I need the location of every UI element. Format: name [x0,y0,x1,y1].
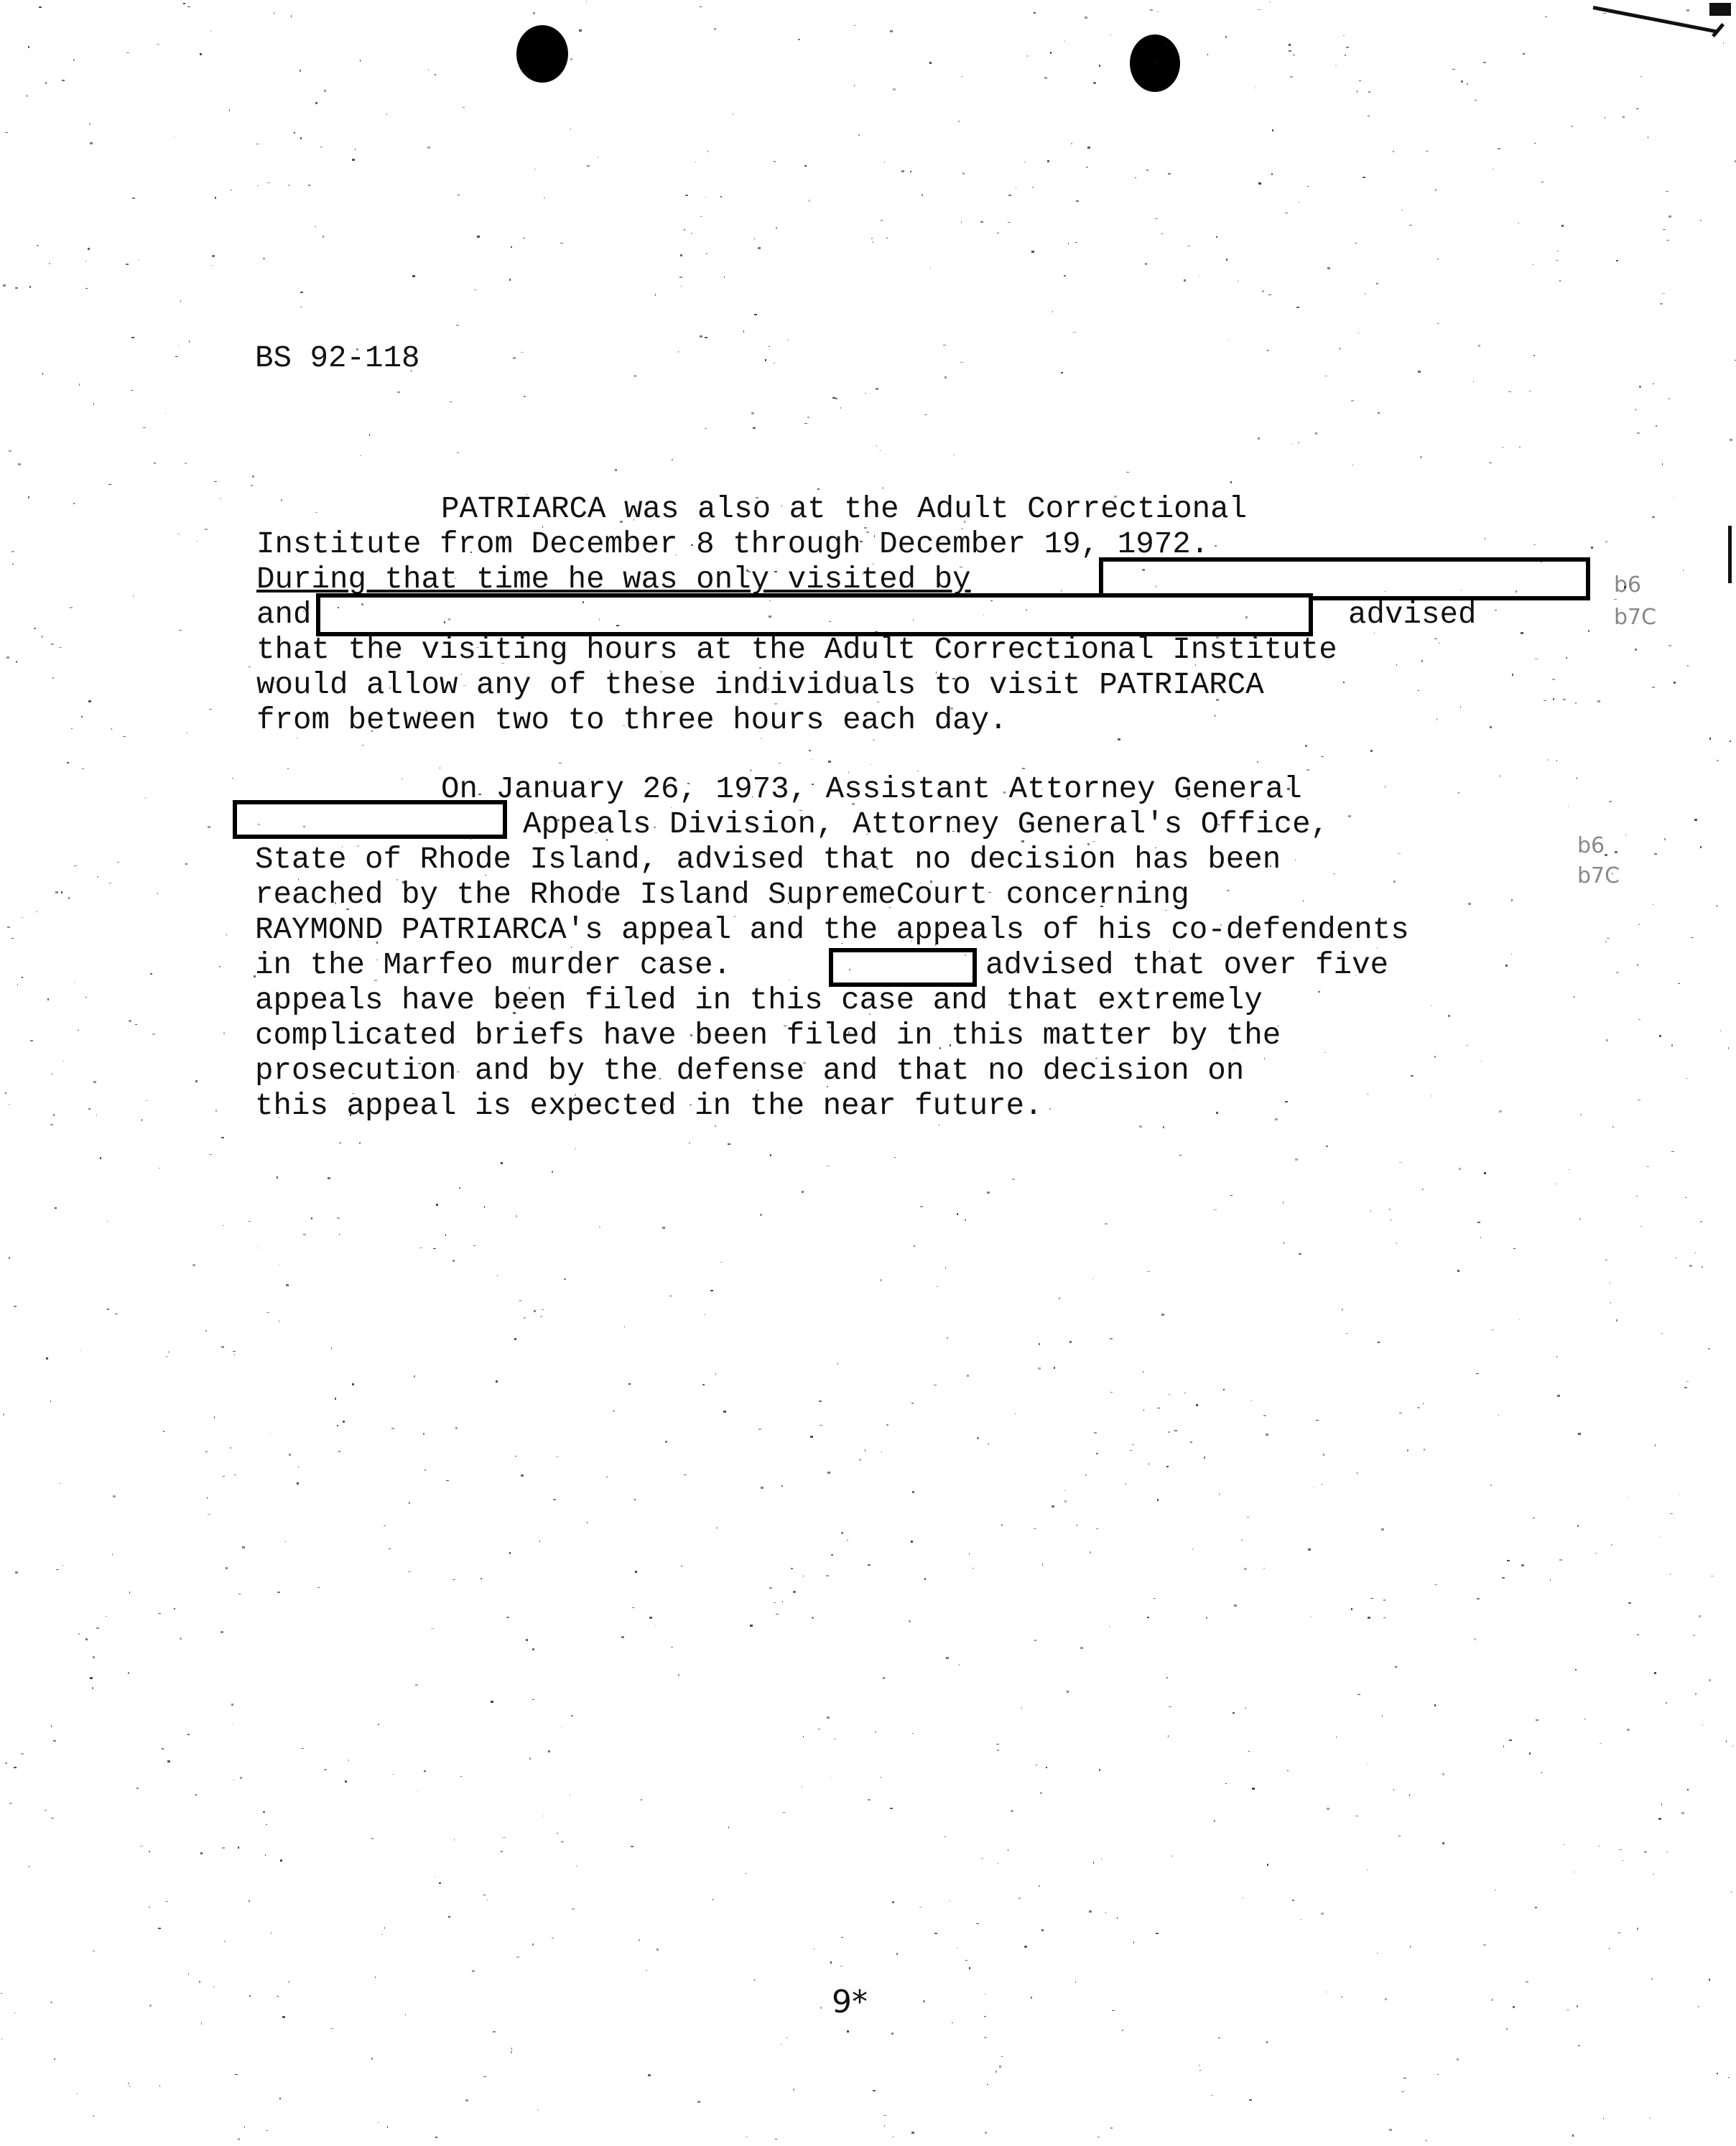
p1-line-7: from between two to three hours each day… [256,705,1008,736]
right-edge-mark [1728,526,1732,583]
p2-line-8: complicated briefs have been filed in th… [255,1021,1281,1051]
p1-line-1: PATRIARCA was also at the Adult Correcti… [441,494,1247,525]
page-number: 9* [832,1984,868,2020]
p2-line-4: reached by the Rhode Island SupremeCourt… [255,880,1189,911]
p1-line-4-and: and [256,600,312,631]
document-page: BS 92-118 PATRIARCA was also at the Adul… [0,0,1736,2146]
file-number: BS 92-118 [255,343,420,374]
p1-line-2: Institute from December 8 through Decemb… [256,529,1209,560]
p2-line-2: Appeals Division, Attorney General's Off… [523,809,1329,840]
p2-line-6-advised: advised that over five [985,950,1388,981]
redaction-box-assistant-ag [233,800,507,839]
p1-line-6: would allow any of these individuals to … [256,670,1264,701]
p1-line-4-advised: advised [1348,600,1477,631]
p2-line-6: in the Marfeo murder case. [255,950,731,981]
p2-line-1: On January 26, 1973, Assistant Attorney … [441,774,1302,805]
p1-line-5: that the visiting hours at the Adult Cor… [256,635,1337,666]
hole-punch-right [1130,34,1180,92]
p2-line-3: State of Rhode Island, advised that no d… [255,845,1281,875]
redaction-box-source [829,948,977,987]
p2-line-9: prosecution and by the defense and that … [255,1056,1244,1087]
exemption-code-b7c-1: b7C [1614,607,1656,628]
p1-line-3: During that time he was only visited by [256,565,971,595]
hole-punch-left [516,25,568,83]
p2-line-10: this appeal is expected in the near futu… [255,1091,1043,1122]
p2-line-7: appeals have been filed in this case and… [255,985,1263,1016]
corner-block [1709,3,1731,16]
p2-line-5: RAYMOND PATRIARCA's appeal and the appea… [255,915,1409,946]
exemption-code-b6-1: b6 [1614,575,1641,596]
redaction-box-visitor-2 [316,593,1313,636]
exemption-code-b6-2: b6 [1577,835,1605,857]
exemption-code-b7c-2: b7C [1577,865,1620,887]
corner-fold-mark [1593,6,1717,33]
